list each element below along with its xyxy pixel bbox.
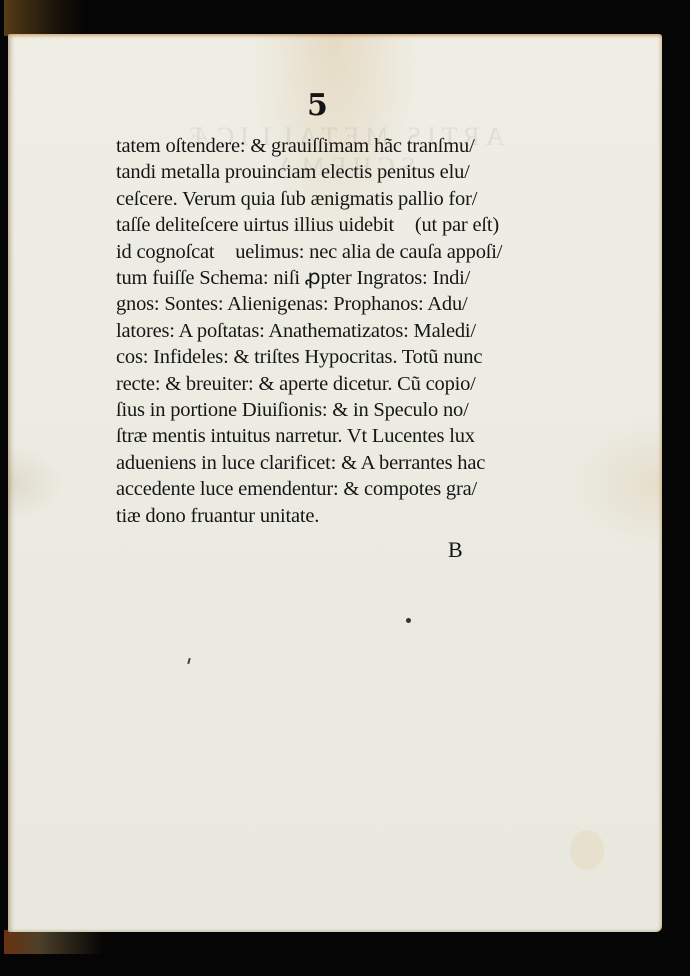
text-line: ſius in portione Diuiſionis: & in Specul… [116, 397, 526, 423]
paper-stain [570, 830, 604, 870]
page-number: 5 [307, 88, 328, 123]
text-line: tandi metalla prouinciam electis penitus… [116, 159, 526, 185]
text-line: accedente luce emendentur: & compotes gr… [116, 476, 526, 502]
book-binding-top [4, 0, 84, 36]
signature-mark: B [448, 537, 463, 563]
text-line: ceſcere. Verum quia ſub ænigmatis pallio… [116, 186, 526, 212]
body-text: tatem oſtendere: & grauiſſimam hãc tranſ… [116, 133, 526, 529]
text-line: recte: & breuiter: & aperte dicetur. Cũ … [116, 371, 526, 397]
text-line: latores: A poſtatas: Anathematizatos: Ma… [116, 318, 526, 344]
text-line: adueniens in luce clarificet: & A berran… [116, 450, 526, 476]
text-line: tum fuiſſe Schema: niſi ꝓpter Ingratos: … [116, 265, 526, 291]
text-line: tiæ dono fruantur unitate. [116, 503, 526, 529]
text-line: cos: Infideles: & triſtes Hypocritas. To… [116, 344, 526, 370]
book-binding-bottom [4, 930, 104, 954]
text-line: ſtræ mentis intuitus narretur. Vt Lucent… [116, 423, 526, 449]
text-line: tatem oſtendere: & grauiſſimam hãc tranſ… [116, 133, 526, 159]
text-line: gnos: Sontes: Alienigenas: Prophanos: Ad… [116, 291, 526, 317]
text-line: id cognoſcatᷣ uelimus: nec alia de cauſa… [116, 239, 526, 265]
text-line: taſſe deliteſcere uirtus illius uidebitᷣ… [116, 212, 526, 238]
ink-speck [406, 618, 411, 623]
